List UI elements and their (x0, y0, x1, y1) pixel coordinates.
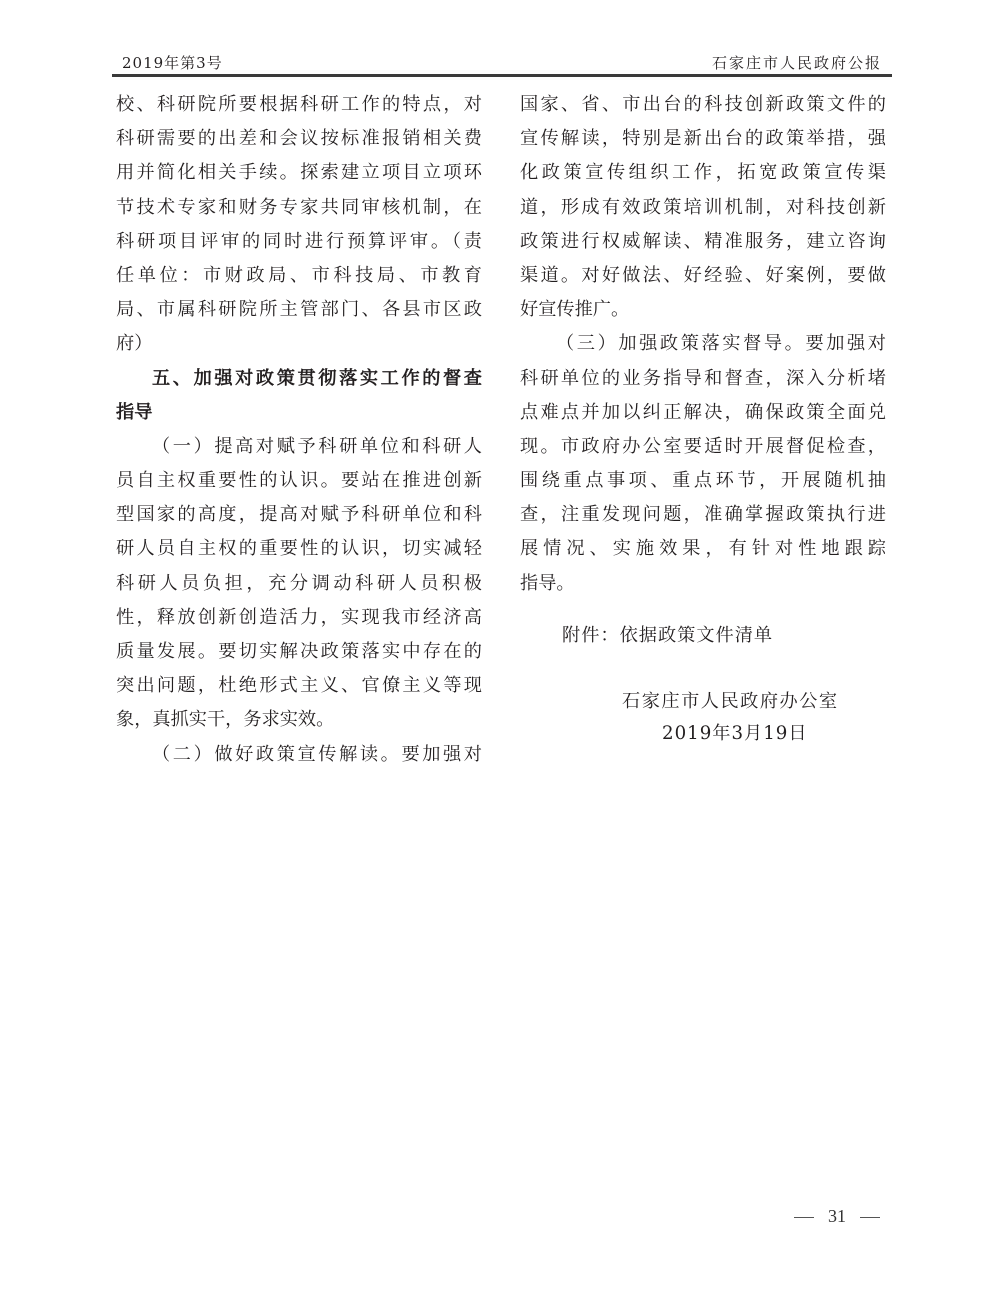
text-line: 质量发展。要切实解决政策落实中存在的 (116, 635, 482, 669)
dash-left (794, 1217, 814, 1218)
text-line: 局、市属科研院所主管部门、各县市区政 (116, 293, 482, 327)
text-line: 围绕重点事项、重点环节，开展随机抽 (520, 464, 886, 498)
text-line: 国家、省、市出台的科技创新政策文件的 (520, 88, 886, 122)
issue-label: 2019年第3号 (122, 52, 223, 73)
page-number: 31 (828, 1206, 846, 1226)
text-line: 科研人员负担，充分调动科研人员积极 (116, 567, 482, 601)
text-line: 科研项目评审的同时进行预算评审。（责 (116, 225, 482, 259)
text-line: 政策进行权威解读、精准服务，建立咨询 (520, 225, 886, 259)
right-column: 国家、省、市出台的科技创新政策文件的 宣传解读，特别是新出台的政策举措，强 化政… (520, 88, 886, 601)
text-line: 展情况、实施效果，有针对性地跟踪 (520, 532, 886, 566)
text-line: 科研单位的业务指导和督查，深入分析堵 (520, 362, 886, 396)
text-line: 型国家的高度，提高对赋予科研单位和科 (116, 498, 482, 532)
text-line: 查，注重发现问题，准确掌握政策执行进 (520, 498, 886, 532)
text-line: 宣传解读，特别是新出台的政策举措，强 (520, 122, 886, 156)
subsection-2-heading: （二）做好政策宣传解读。要加强对 (116, 738, 482, 772)
text-line: 道，形成有效政策培训机制，对科技创新 (520, 191, 886, 225)
attachment-note: 附件：依据政策文件清单 (562, 621, 773, 647)
text-line: 好宣传推广。 (520, 293, 886, 327)
text-line: 突出问题，杜绝形式主义、官僚主义等现 (116, 669, 482, 703)
text-line: 校、科研院所要根据科研工作的特点，对 (116, 88, 482, 122)
page-number-footer: 31 (780, 1206, 894, 1227)
signature-date: 2019年3月19日 (662, 719, 808, 745)
text-line: 节技术专家和财务专家共同审核机制，在 (116, 191, 482, 225)
signature-organization: 石家庄市人民政府办公室 (622, 687, 839, 713)
text-line: 渠道。对好做法、好经验、好案例，要做 (520, 259, 886, 293)
dash-right (860, 1217, 880, 1218)
text-line: 员自主权重要性的认识。要站在推进创新 (116, 464, 482, 498)
text-line: 点难点并加以纠正解决，确保政策全面兑 (520, 396, 886, 430)
text-line: 现。市政府办公室要适时开展督促检查， (520, 430, 886, 464)
text-line: 象，真抓实干，务求实效。 (116, 703, 482, 737)
subsection-1-heading: （一）提高对赋予科研单位和科研人 (116, 430, 482, 464)
header-divider (112, 74, 892, 77)
text-line: 性，释放创新创造活力，实现我市经济高 (116, 601, 482, 635)
left-column: 校、科研院所要根据科研工作的特点，对 科研需要的出差和会议按标准报销相关费 用并… (116, 88, 482, 772)
text-line: 科研需要的出差和会议按标准报销相关费 (116, 122, 482, 156)
subsection-3-heading: （三）加强政策落实督导。要加强对 (520, 327, 886, 361)
text-line: 化政策宣传组织工作，拓宽政策宣传渠 (520, 156, 886, 190)
text-line: 任单位：市财政局、市科技局、市教育 (116, 259, 482, 293)
text-line: 用并简化相关手续。探索建立项目立项环 (116, 156, 482, 190)
text-line: 府） (116, 327, 482, 361)
text-line: 指导。 (520, 567, 886, 601)
section-heading: 五、加强对政策贯彻落实工作的督查 (116, 362, 482, 396)
section-heading: 指导 (116, 396, 482, 430)
publication-title: 石家庄市人民政府公报 (712, 52, 882, 73)
text-line: 研人员自主权的重要性的认识，切实减轻 (116, 532, 482, 566)
